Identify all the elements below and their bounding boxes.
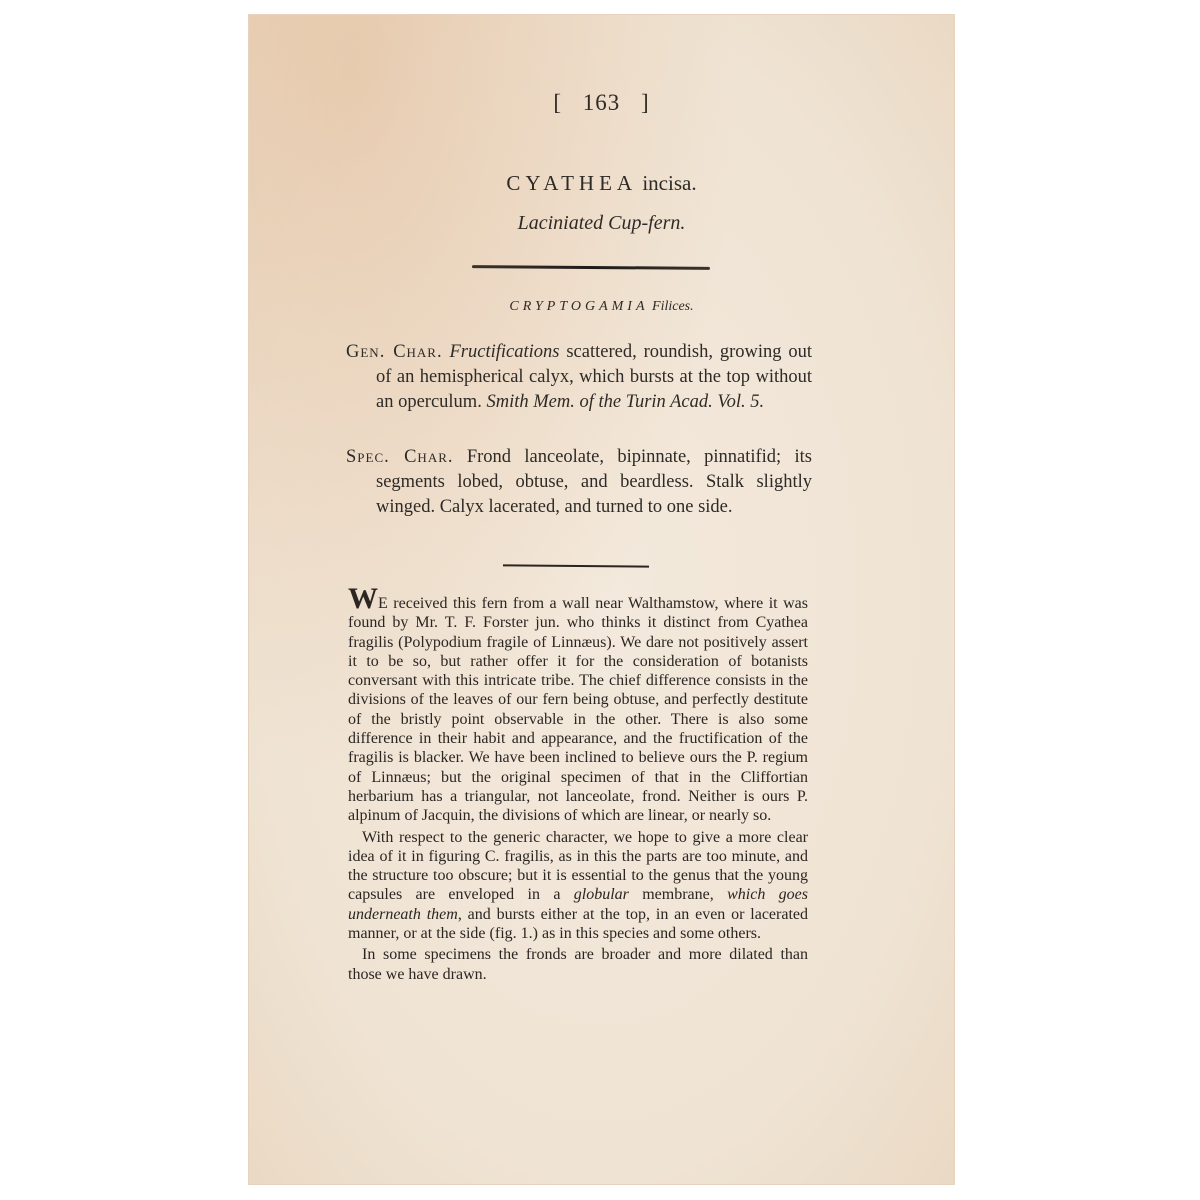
classification-line: CRYPTOGAMIA Filices. bbox=[248, 299, 955, 315]
paragraph-1-text: E received this fern from a wall near Wa… bbox=[348, 595, 808, 824]
generic-character: Gen. Char. Fructifications scattered, ro… bbox=[346, 340, 812, 415]
specific-character: Spec. Char. Frond lanceolate, bipinnate,… bbox=[346, 445, 812, 520]
genus-name: CYATHEA bbox=[506, 171, 637, 195]
order-name: Filices. bbox=[652, 299, 694, 314]
title-divider bbox=[472, 265, 710, 270]
common-name: Laciniated Cup-fern. bbox=[248, 212, 955, 235]
spec-char-label: Spec. Char. bbox=[346, 447, 454, 467]
drop-cap: W bbox=[348, 582, 378, 615]
page-number: [ 163 ] bbox=[248, 90, 955, 116]
paragraph-2-italic-1: globular bbox=[574, 886, 629, 903]
section-divider bbox=[503, 564, 649, 567]
body-text: WE received this fern from a wall near W… bbox=[348, 589, 808, 986]
paragraph-1: WE received this fern from a wall near W… bbox=[348, 589, 808, 826]
gen-char-italic: Fructifications bbox=[449, 342, 559, 362]
class-name: CRYPTOGAMIA bbox=[509, 299, 648, 314]
paragraph-2-text-b: membrane, bbox=[629, 886, 727, 903]
paragraph-2: With respect to the generic character, w… bbox=[348, 828, 808, 944]
gen-char-reference: Smith Mem. of the Turin Acad. Vol. 5. bbox=[486, 392, 764, 412]
gen-char-label: Gen. Char. bbox=[346, 342, 443, 362]
document-page: [ 163 ] CYATHEA incisa. Laciniated Cup-f… bbox=[248, 14, 955, 1185]
species-name: incisa. bbox=[642, 171, 696, 195]
paragraph-3: In some specimens the fronds are broader… bbox=[348, 945, 808, 984]
species-title: CYATHEA incisa. bbox=[248, 171, 955, 196]
